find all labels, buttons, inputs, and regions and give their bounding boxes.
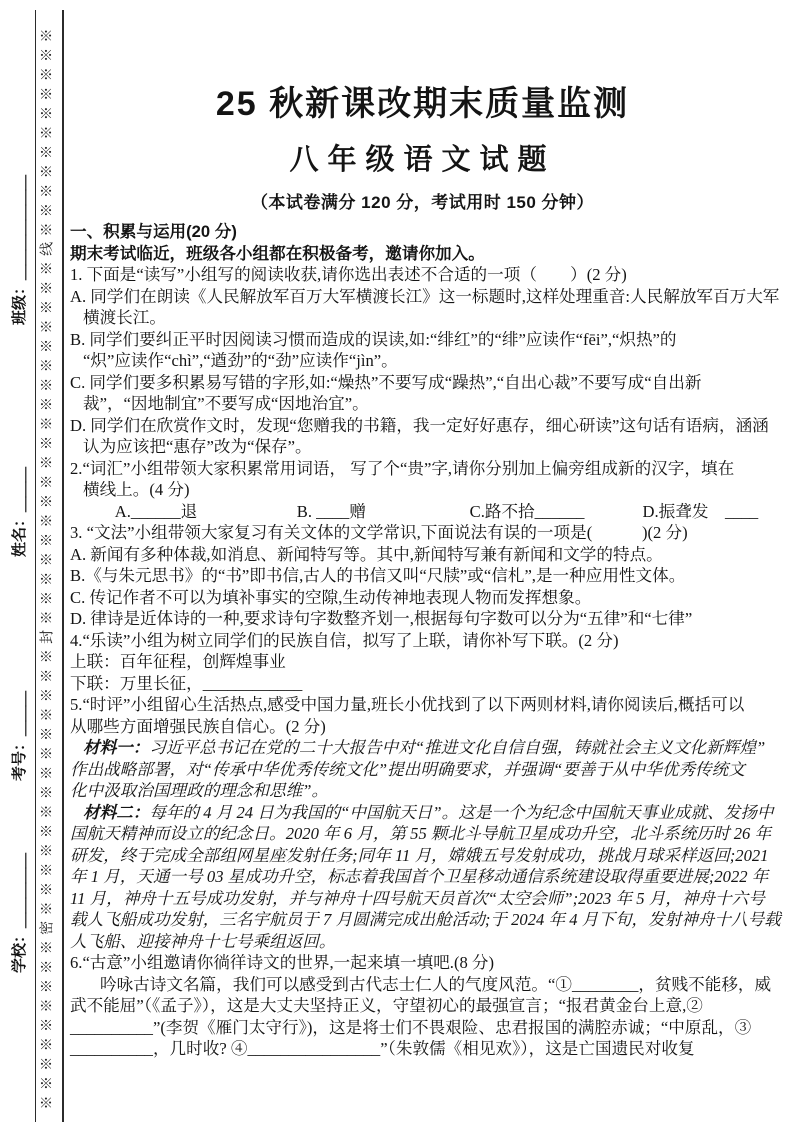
q4-stem: 4.“乐读”小组为树立同学们的民族自信，拟写了上联，请你补写下联。(2 分) — [70, 630, 778, 652]
q4-upper-couplet: 上联：百年征程，创辉煌事业 — [70, 651, 778, 673]
exam-body: 一、积累与运用(20 分) 期末考试临近，班级各小组都在积极备考，邀请你加入。 … — [70, 221, 778, 1060]
q3-option-a: A. 新闻有多种体裁,如消息、新闻特写等。其中,新闻特写兼有新闻和文学的特点。 — [70, 544, 778, 566]
exam-paper-page: 班级：＿＿＿＿＿＿＿ 姓名：＿＿＿ 考号：＿＿＿ 学校：＿＿＿＿＿ ※※※※※※… — [0, 0, 793, 1122]
q1-option-c-cont: 裁”，“因地制宜”不要写成“因地治宜”。 — [70, 393, 778, 415]
q1-option-a: A. 同学们在朗读《人民解放军百万大军横渡长江》这一标题时,这样处理重音:人民解… — [70, 286, 778, 308]
material-2-line-5: 11 月，神舟十五号成功发射，并与神舟十四号航天员首次“太空会师”;2023 年… — [70, 888, 778, 910]
material-2-line-6: 载人飞船成功发射，三名宇航员于 7 月圆满完成出舱活动;于 2024 年 4 月… — [70, 909, 778, 931]
q2-stem: 2.“词汇”小组带领大家积累常用词语， 写了个“贵”字,请你分别加上偏旁组成新的… — [70, 458, 778, 480]
q6-passage-line-3: __________”(李贺《雁门太守行》)，这是将士们不畏艰险、忠君报国的满腔… — [70, 1017, 778, 1039]
q6-passage-line-2: 武不能屈”（《孟子》），这是大丈夫坚持正义，守望初心的最强宣言；“报君黄金台上意… — [70, 995, 778, 1017]
q1-stem: 1. 下面是“读写”小组写的阅读收获,请你选出表述不合适的一项（ ）(2 分) — [70, 264, 778, 286]
q3-option-b: B.《与朱元思书》的“书”即书信,古人的书信又叫“尺牍”或“信札”,是一种应用性… — [70, 565, 778, 587]
q1-option-c: C. 同学们要多积累易写错的字形,如:“燥热”不要写成“躁热”,“自出心裁”不要… — [70, 372, 778, 394]
q2-stem-cont: 横线上。(4 分) — [70, 479, 778, 501]
q1-option-d-cont: 认为应该把“惠存”改为“保存”。 — [70, 436, 778, 458]
q3-stem: 3. “文法”小组带领大家复习有关文体的文学常识,下面说法有误的一项是( )(2… — [70, 522, 778, 544]
material-1-text: 习近平总书记在党的二十大报告中对“推进文化自信自强，铸就社会主义文化新辉煌” — [149, 738, 765, 757]
material-1-line-1: 材料一：习近平总书记在党的二十大报告中对“推进文化自信自强，铸就社会主义文化新辉… — [70, 737, 778, 759]
school-field: 学校：＿＿＿＿＿ — [9, 831, 31, 995]
q2-blanks-row: A.______退 B. ____赠 C.路不拾______ D.振聋发 ___… — [70, 501, 778, 523]
exam-number-field: 考号：＿＿＿ — [9, 671, 31, 801]
q1-option-b-cont: “炽”应读作“chì”,“遒劲”的“劲”应读作“jìn”。 — [70, 350, 778, 372]
material-2-label: 材料二： — [83, 803, 149, 822]
q4-lower-couplet: 下联：万里长征，____________ — [70, 673, 778, 695]
name-field: 姓名：＿＿＿ — [9, 445, 31, 579]
q3-option-c: C. 传记作者不可以为填补事实的空隙,生动传神地表现人物而发挥想象。 — [70, 587, 778, 609]
seal-line-left-rule — [35, 10, 36, 1122]
section-intro: 期末考试临近，班级各小组都在积极备考，邀请你加入。 — [70, 243, 778, 265]
seal-line-right-rule — [62, 10, 64, 1122]
q5-stem-cont: 从哪些方面增强民族自信心。(2 分) — [70, 716, 778, 738]
material-2-text: 每年的 4 月 24 日为我国的“中国航天日”。这是一个为纪念中国航天事业成就、… — [149, 803, 773, 822]
q1-option-a-cont: 横渡长江。 — [70, 307, 778, 329]
material-2-line-3: 研发，终于完成全部组网星座发射任务;同年 11 月，嫦娥五号发射成功，挑战月球采… — [70, 845, 778, 867]
q6-passage-line-4: __________，几时收? ④________________”（朱敦儒《相… — [70, 1038, 778, 1060]
material-2-line-7: 人飞船、迎接神舟十七号乘组返回。 — [70, 931, 778, 953]
q5-stem: 5.“时评”小组留心生活热点,感受中国力量,班长小优找到了以下两则材料,请你阅读… — [70, 694, 778, 716]
material-2-line-4: 年 1 月，天通一号 03 星成功升空，标志着我国首个卫星移动通信系统建设取得重… — [70, 866, 778, 888]
material-1-label: 材料一： — [83, 738, 149, 757]
material-2-line-2: 国航天精神而设立的纪念日。2020 年 6 月，第 55 颗北斗导航卫星成功升空… — [70, 823, 778, 845]
q1-option-b: B. 同学们要纠正平时因阅读习惯而造成的误读,如:“绯红”的“绯”应读作“fēi… — [70, 329, 778, 351]
class-field: 班级：＿＿＿＿＿＿＿ — [9, 142, 31, 358]
q6-stem: 6.“古意”小组邀请你徜徉诗文的世界,一起来填一填吧.(8 分) — [70, 952, 778, 974]
exam-note: （本试卷满分 120 分，考试用时 150 分钟） — [70, 188, 775, 213]
material-2-line-1: 材料二：每年的 4 月 24 日为我国的“中国航天日”。这是一个为纪念中国航天事… — [70, 802, 778, 824]
page-subtitle: 八年级语文试题 — [70, 137, 775, 178]
q6-passage-line-1: 吟咏古诗文名篇，我们可以感受到古代志士仁人的气度风范。“①________，贫贱… — [70, 974, 778, 996]
material-1-line-2: 作出战略部署，对“传承中华优秀传统文化”提出明确要求，并强调“要善于从中华优秀传… — [70, 759, 778, 781]
q1-option-d: D. 同学们在欣赏作文时，发现“您赠我的书籍，我一定好好惠存，细心研读”这句话有… — [70, 415, 778, 437]
page-title: 25 秋新课改期末质量监测 — [70, 76, 775, 125]
q3-option-d: D. 律诗是近体诗的一种,要求诗句字数整齐划一,根据每句字数可以分为“五律”和“… — [70, 608, 778, 630]
section-heading: 一、积累与运用(20 分) — [70, 221, 778, 243]
material-1-line-3: 化中汲取治国理政的理念和思维”。 — [70, 780, 778, 802]
seal-line-strip: ※※※※※※※※※密※※※※※※※※※※※※※※封※※※※※※※※※※※※※※※… — [38, 29, 60, 1110]
